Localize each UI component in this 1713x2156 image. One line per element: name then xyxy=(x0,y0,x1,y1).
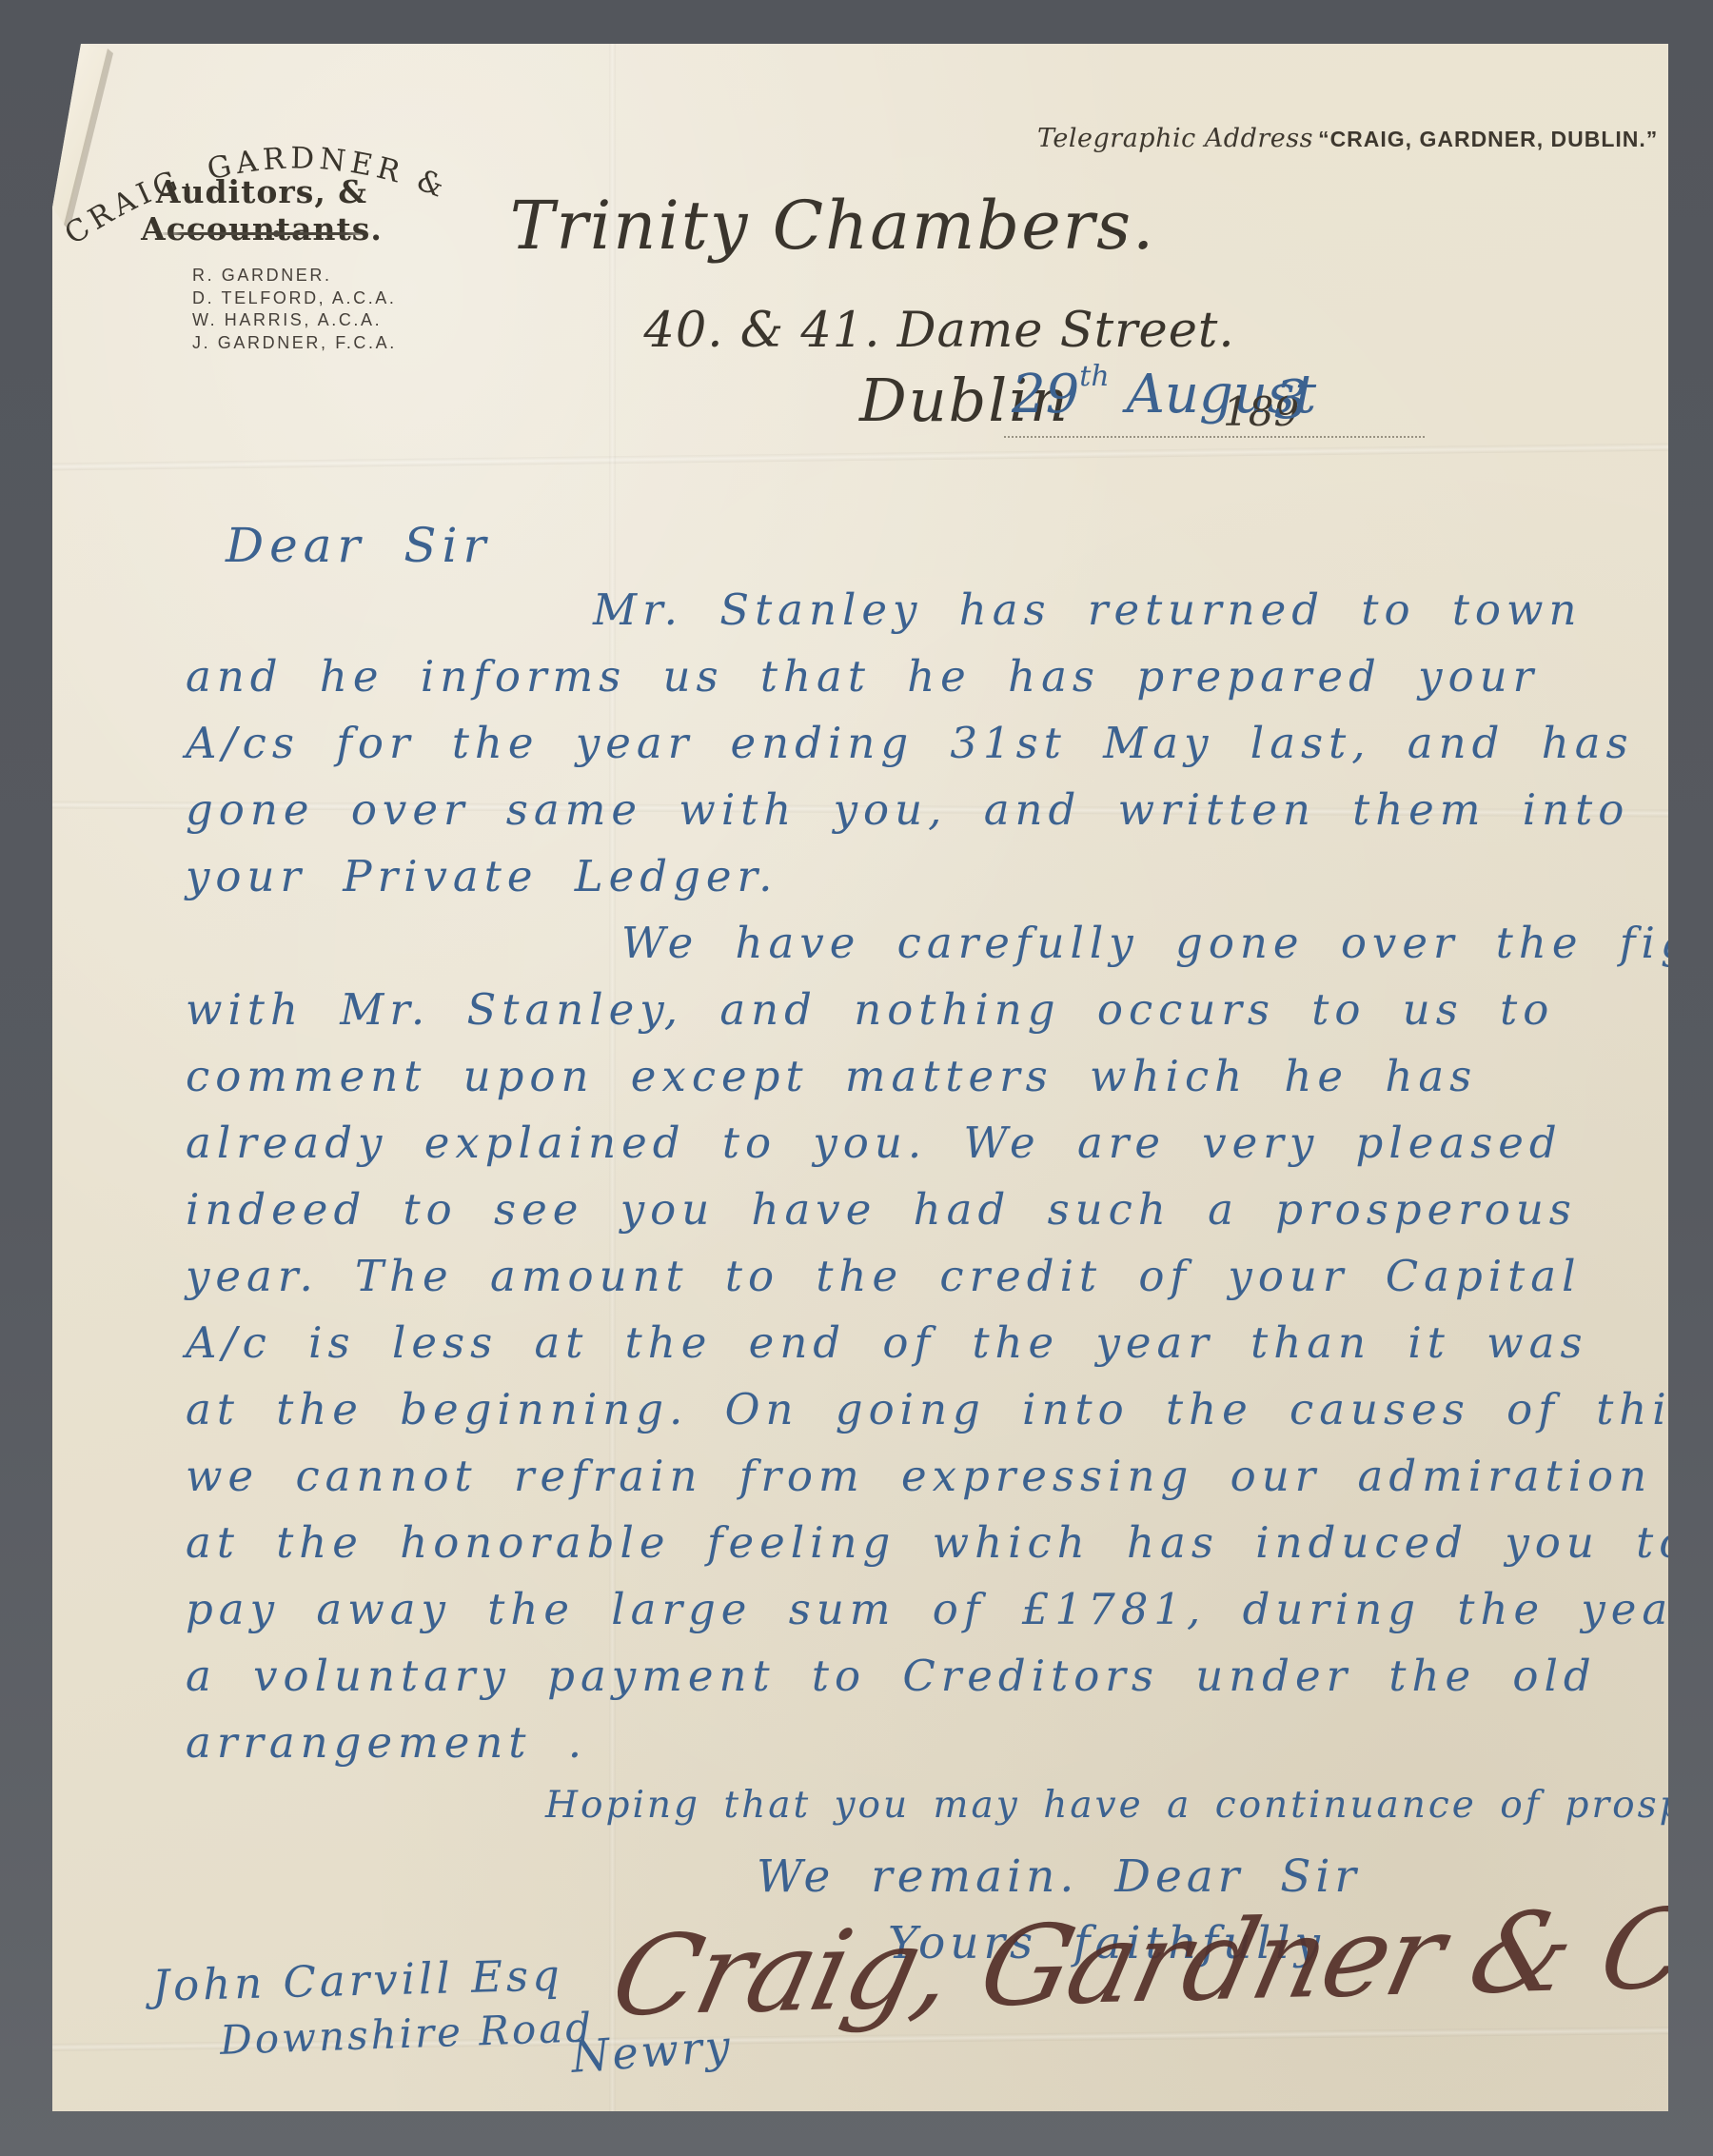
partner-name: W. HARRIS, A.C.A. xyxy=(192,309,397,332)
body-line: arrangement . xyxy=(186,1717,1651,1784)
partner-name: D. TELFORD, A.C.A. xyxy=(192,287,397,310)
telegraphic-address-value: “CRAIG, GARDNER, DUBLIN.” xyxy=(1318,127,1658,151)
partner-name: J. GARDNER, F.C.A. xyxy=(192,332,397,355)
salutation: Dear Sir xyxy=(186,518,1651,584)
body-line: we cannot refrain from expressing our ad… xyxy=(186,1451,1651,1517)
body-line: year. The amount to the credit of your C… xyxy=(186,1251,1651,1317)
body-line: already explained to you. We are very pl… xyxy=(186,1118,1651,1184)
body-line: A/c is less at the end of the year than … xyxy=(186,1317,1651,1384)
office-address-line2: 40. & 41. Dame Street. xyxy=(625,303,1253,359)
date-dotted-rule xyxy=(1004,436,1425,438)
partner-list: R. GARDNER. D. TELFORD, A.C.A. W. HARRIS… xyxy=(192,265,397,354)
year-handwritten: 3 xyxy=(1274,369,1309,431)
body-line: gone over same with you, and written the… xyxy=(186,784,1651,851)
firm-subtitle: Auditors, & Accountants. xyxy=(109,173,414,247)
closing-line: Hoping that you may have a continuance o… xyxy=(186,1784,1651,1850)
body-line: Mr. Stanley has returned to town xyxy=(186,584,1651,651)
body-line: and he informs us that he has prepared y… xyxy=(186,651,1651,718)
body-line: at the honorable feeling which has induc… xyxy=(186,1517,1651,1584)
office-address-line1: Trinity Chambers. xyxy=(500,187,1166,265)
paper-crease-top xyxy=(52,444,1668,471)
body-line: A/cs for the year ending 31st May last, … xyxy=(186,718,1651,784)
body-line: with Mr. Stanley, and nothing occurs to … xyxy=(186,984,1651,1051)
body-line: indeed to see you have had such a prospe… xyxy=(186,1184,1651,1251)
body-line: We have carefully gone over the figures xyxy=(186,918,1651,984)
recipient-address: Downshire Road xyxy=(219,2004,595,2064)
body-line: comment upon except matters which he has xyxy=(186,1051,1651,1118)
partner-name: R. GARDNER. xyxy=(192,265,397,287)
body-line: a voluntary payment to Creditors under t… xyxy=(186,1651,1651,1717)
recipient-name: John Carvill Esq xyxy=(151,1949,563,2010)
letterhead-divider xyxy=(159,232,371,235)
body-line: at the beginning. On going into the caus… xyxy=(186,1384,1651,1451)
letter-body: Dear Sir Mr. Stanley has returned to tow… xyxy=(186,518,1651,1984)
telegraphic-address: Telegraphic Address “CRAIG, GARDNER, DUB… xyxy=(1037,124,1658,153)
body-line: pay away the large sum of £1781, during … xyxy=(186,1584,1651,1651)
body-line: your Private Ledger. xyxy=(186,851,1651,918)
telegraphic-address-label: Telegraphic Address xyxy=(1037,124,1313,153)
date-day: 29 xyxy=(1012,364,1079,425)
date-day-suffix: th xyxy=(1079,360,1109,393)
letter-paper: CRAIG, GARDNER & Co Auditors, & Accounta… xyxy=(52,44,1668,2111)
